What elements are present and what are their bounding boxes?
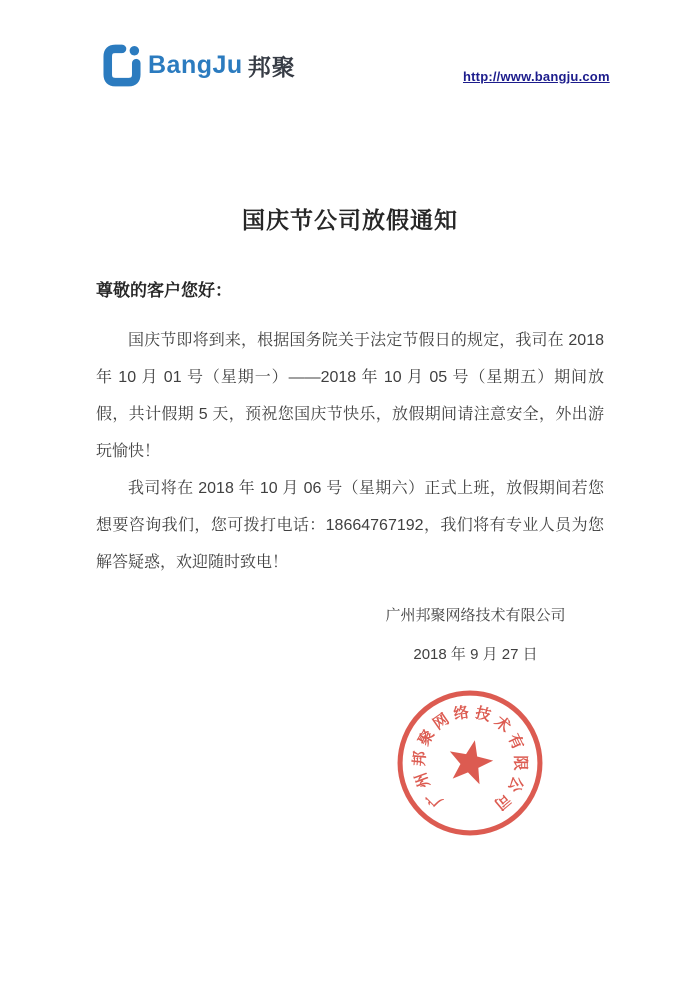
seal-character: 聚	[415, 727, 438, 749]
page-root: BangJu 邦聚 http://www.bangju.com 国庆节公司放假通…	[0, 0, 700, 989]
seal-character: 技	[472, 704, 493, 725]
company-seal: 广州邦聚网络技术有限公司	[395, 688, 545, 838]
star-icon	[450, 740, 493, 784]
greeting-line: 尊敬的客户您好：	[96, 276, 232, 301]
seal-character: 络	[452, 703, 471, 724]
notice-body: 国庆节即将到来，根据国务院关于法定节假日的规定，我司在 2018 年 10 月 …	[96, 322, 604, 581]
page-title: 国庆节公司放假通知	[0, 202, 700, 235]
brand-logo: BangJu 邦聚	[103, 42, 296, 88]
website-link[interactable]: http://www.bangju.com	[463, 69, 610, 84]
bangju-logo-icon	[103, 42, 141, 88]
seal-character: 有	[505, 731, 528, 752]
paragraph-return-to-work: 我司将在 2018 年 10 月 06 号（星期六）正式上班，放假期间若您想要咨…	[96, 470, 604, 581]
seal-character: 公	[504, 774, 526, 796]
signature-date: 2018 年 9 月 27 日	[383, 643, 568, 664]
brand-name-latin: BangJu	[148, 51, 243, 80]
signature-company: 广州邦聚网络技术有限公司	[383, 604, 568, 625]
seal-character: 限	[512, 755, 530, 770]
seal-character: 广	[422, 787, 445, 810]
seal-character: 邦	[411, 750, 429, 767]
seal-character: 网	[430, 711, 452, 734]
seal-character: 司	[491, 790, 514, 814]
paragraph-holiday-dates: 国庆节即将到来，根据国务院关于法定节假日的规定，我司在 2018 年 10 月 …	[96, 322, 604, 470]
seal-character: 州	[412, 770, 433, 790]
brand-name-cn: 邦聚	[248, 49, 296, 82]
seal-character: 术	[490, 713, 514, 737]
